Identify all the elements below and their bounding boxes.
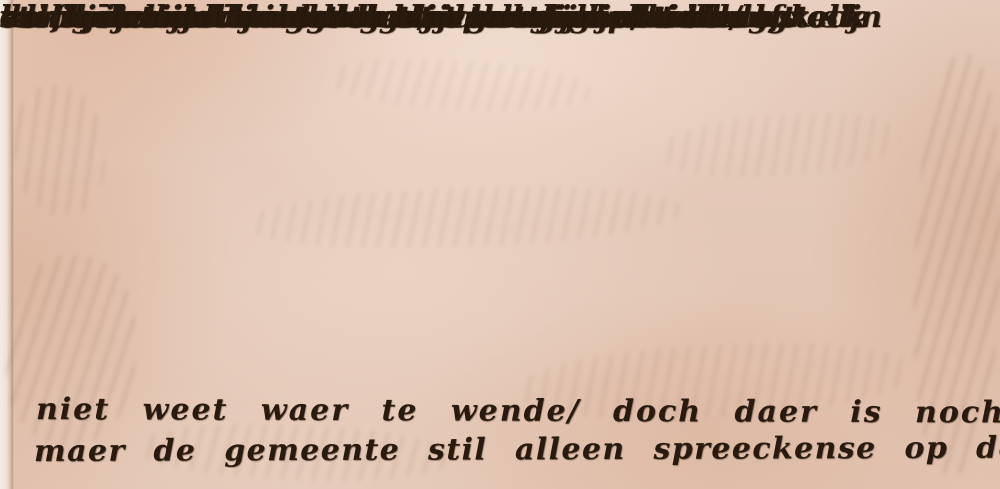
bleedthrough-smudge (249, 181, 681, 254)
bleedthrough-smudge (329, 53, 591, 117)
manuscript-page: niet weet waer te wende/ doch daer is no… (0, 0, 1000, 489)
manuscript-line-1: niet weet waer te wende/ doch daer is no… (36, 392, 1000, 431)
bleedthrough-smudge (658, 107, 902, 184)
manuscript-line-2: maer de gemeente stil alleen spreeckense… (34, 430, 1000, 469)
manuscript-line-11: stat het soū konne berge/ ick heb meest … (0, 0, 789, 35)
bleedthrough-smudge (7, 81, 110, 220)
paper-left-edge (0, 0, 14, 489)
